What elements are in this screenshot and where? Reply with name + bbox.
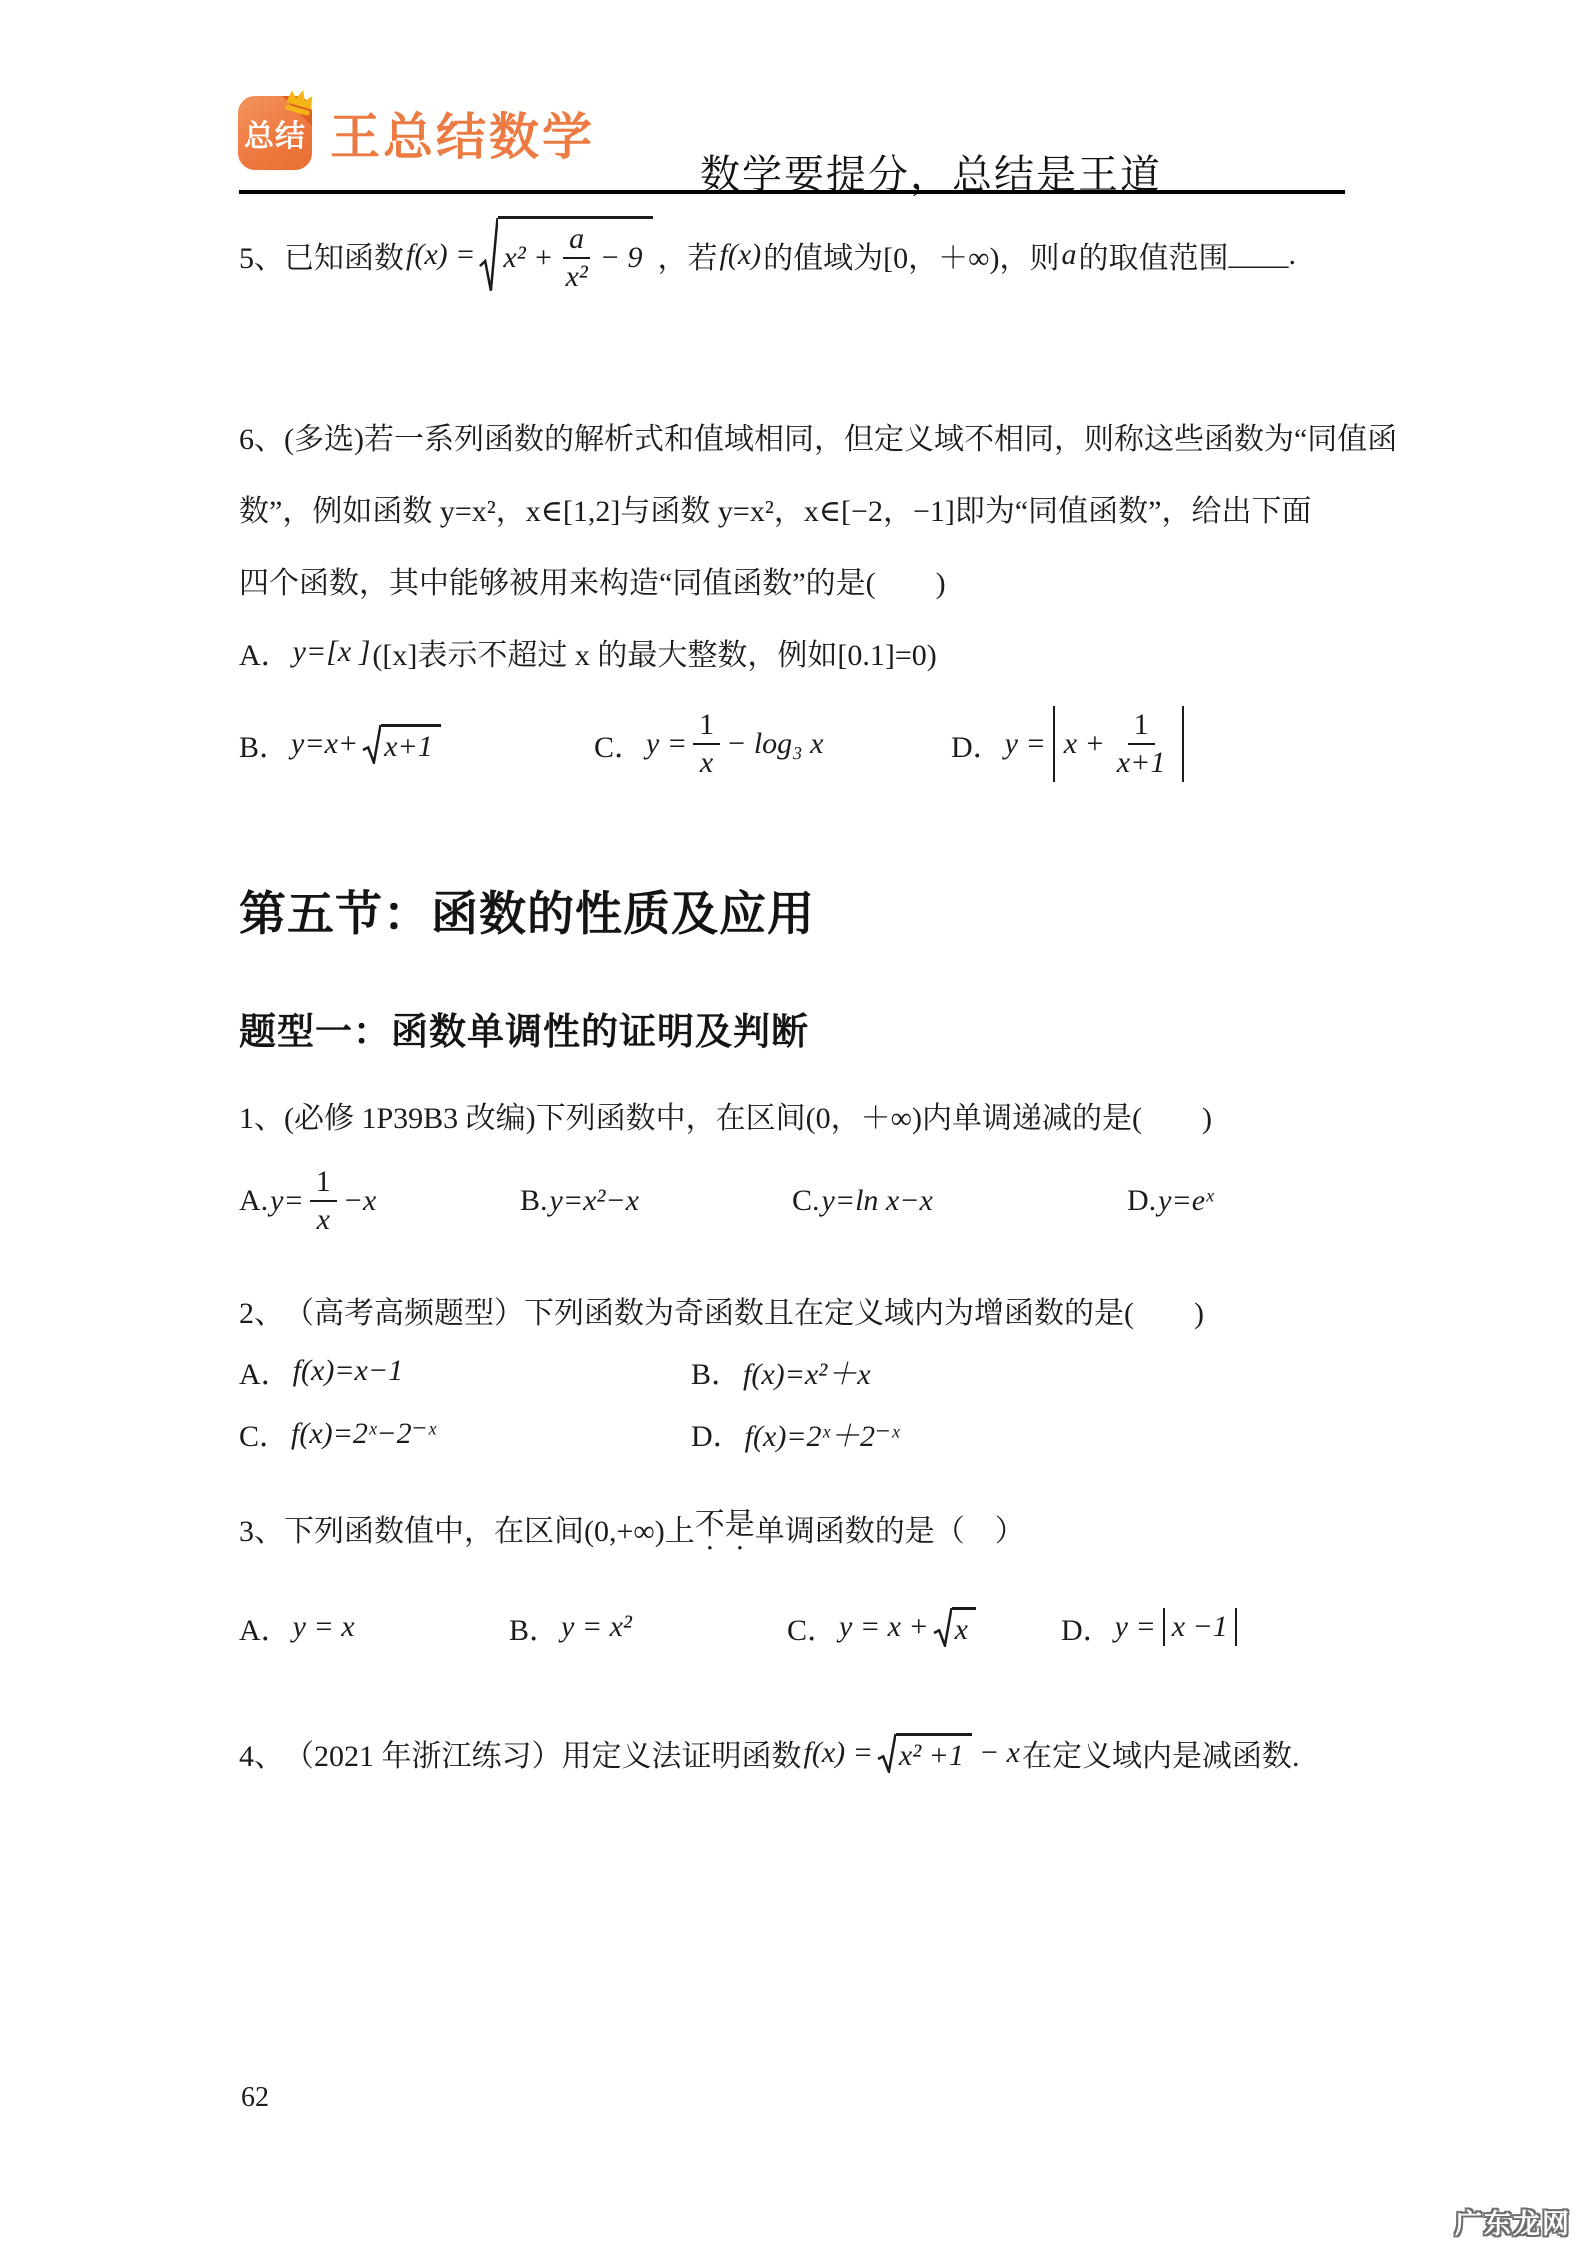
p6-option-d-inner: x + (1062, 727, 1107, 761)
p2-option-c-label: C． (239, 1411, 289, 1455)
p2-option-b-formula: f(x)=x²＋x (741, 1349, 873, 1393)
header-divider (239, 190, 1345, 194)
p3-option-d: D． y = x −1 (1061, 1582, 1242, 1672)
fraction-denominator: x+1 (1111, 745, 1172, 780)
problem-6-line3: 四个函数，其中能够被用来构造“同值函数”的是( ) (239, 544, 1454, 616)
p6-option-c-label: C． (594, 722, 644, 766)
fraction-numerator: 1 (310, 1165, 337, 1202)
p2-option-a-label: A． (239, 1349, 291, 1393)
fraction-denominator: x (694, 745, 719, 780)
p6-option-b-pre: y=x+ (289, 727, 360, 761)
worksheet-page: 总结 王总结数学 数学要提分，总结是王道 5、 已知函数 f(x) = x² +… (0, 0, 1587, 2245)
problem-3-text: 3、 下列函数值中，在区间(0,+∞)上 不是 单调函数的是（ ） (239, 1498, 1454, 1558)
p1-option-b: B. y=x²−x (520, 1145, 641, 1257)
sqrt-radical: x (933, 1607, 976, 1647)
problem-6-text3: 四个函数，其中能够被用来构造“同值函数”的是( ) (239, 558, 946, 602)
problem-3: 3、 下列函数值中，在区间(0,+∞)上 不是 单调函数的是（ ） A． y =… (239, 1498, 1454, 1672)
problem-5-intro: 已知函数 (284, 233, 404, 277)
problem-5-mid1: ，若 (658, 233, 718, 277)
logo-icon-label: 总结 (244, 111, 306, 155)
problem-2-options-row1: A． f(x)=x−1 B． f(x)=x²＋x (239, 1340, 1454, 1402)
problem-5-tail: 的取值范围 (1079, 233, 1229, 277)
problem-5-fx: f(x) = (404, 238, 477, 272)
p2-option-b: B． f(x)=x²＋x (691, 1340, 873, 1402)
problem-5-number: 5、 (239, 233, 284, 277)
p3-option-a-formula: y = x (291, 1610, 357, 1644)
p1-option-a: A. y= 1 x −x (239, 1145, 378, 1257)
sqrt-radical: x+1 (362, 724, 441, 764)
p2-option-c-formula: f(x)=2ˣ−2⁻ˣ (289, 1416, 438, 1451)
p6-option-a: A． y=[x ] ([x]表示不超过 x 的最大整数，例如[0.1]=0) (239, 616, 1454, 688)
p2-option-c: C． f(x)=2ˣ−2⁻ˣ (239, 1402, 438, 1464)
radicand-post: − 9 (598, 241, 645, 275)
p3-option-c: C． y = x + x (787, 1582, 981, 1672)
problem-3-emphasized: 不是 (695, 1499, 755, 1557)
p1-option-c: C. y=ln x−x (792, 1145, 935, 1257)
p2-option-d: D． f(x)=2ˣ＋2⁻ˣ (691, 1402, 901, 1464)
p2-option-a-formula: f(x)=x−1 (291, 1354, 405, 1388)
brand-name: 王总结数学 (330, 97, 595, 169)
problem-2-statement: （高考高频题型）下列函数为奇函数且在定义域内为增函数的是( ) (284, 1288, 1204, 1332)
p6-option-c: C． y = 1 x − log₃ x (594, 688, 825, 800)
problem-6-line1: 6、 (多选)若一系列函数的解析式和值域相同，但定义域不相同，则称这些函数为“同… (239, 400, 1454, 472)
problem-1: 1、 (必修 1P39B3 改编)下列函数中，在区间(0，＋∞)内单调递减的是(… (239, 1085, 1454, 1257)
p2-option-d-formula: f(x)=2ˣ＋2⁻ˣ (743, 1411, 902, 1455)
p2-option-d-label: D． (691, 1411, 743, 1455)
problem-1-number: 1、 (239, 1093, 284, 1137)
subsection-title: 题型一：函数单调性的证明及判断 (239, 1001, 809, 1055)
p3-option-b: B． y = x² (509, 1582, 634, 1672)
problem-1-text: 1、 (必修 1P39B3 改编)下列函数中，在区间(0，＋∞)内单调递减的是(… (239, 1085, 1454, 1145)
watermark: 广东龙网 (1455, 2202, 1571, 2241)
page-number: 62 (241, 2082, 269, 2114)
fraction-denominator: x² (559, 259, 593, 294)
radicand: x² + a x² − 9 (498, 216, 652, 293)
fraction-denominator: x (311, 1202, 336, 1237)
p2-option-a: A． f(x)=x−1 (239, 1340, 405, 1402)
radical-sign-icon (362, 724, 381, 764)
radicand: x (952, 1607, 976, 1647)
problem-6-text2: 数”，例如函数 y=x²，x∈[1,2]与函数 y=x²，x∈[−2，−1]即为… (239, 486, 1312, 530)
sqrt-radical: x² + a x² − 9 (479, 216, 652, 293)
problem-4: 4、 （2021 年浙江练习）用定义法证明函数 f(x) = x² +1 − x… (239, 1705, 1454, 1800)
p6-options-bcd: B． y=x+ x+1 C． y = 1 x − log₃ x (239, 688, 1454, 800)
problem-3-statement-pre: 下列函数值中，在区间(0,+∞)上 (284, 1506, 695, 1550)
p6-option-b-label: B． (239, 722, 289, 766)
problem-2-number: 2、 (239, 1288, 284, 1332)
problem-2-options-row2: C． f(x)=2ˣ−2⁻ˣ D． f(x)=2ˣ＋2⁻ˣ (239, 1402, 1454, 1464)
p3-option-b-label: B． (509, 1605, 559, 1649)
p6-option-c-post: − log₃ x (724, 727, 825, 761)
problem-5-var-a: a (1060, 238, 1079, 272)
fraction: 1 x (310, 1165, 337, 1236)
p1-option-b-label: B. (520, 1184, 548, 1218)
radical-sign-icon (933, 1607, 952, 1647)
fraction-numerator: a (563, 222, 590, 259)
fraction-numerator: 1 (1128, 708, 1155, 745)
problem-4-fx: f(x) = (802, 1736, 875, 1770)
radical-sign-icon (479, 216, 498, 293)
problem-4-statement-pre: （2021 年浙江练习）用定义法证明函数 (284, 1731, 802, 1775)
problem-3-options: A． y = x B． y = x² C． y = x + x D． y = (239, 1582, 1454, 1672)
fraction: a x² (559, 222, 593, 293)
radicand: x² +1 (896, 1733, 972, 1773)
p3-option-c-label: C． (787, 1605, 837, 1649)
problem-6: 6、 (多选)若一系列函数的解析式和值域相同，但定义域不相同，则称这些函数为“同… (239, 400, 1454, 800)
p3-option-a-label: A． (239, 1605, 291, 1649)
p1-option-a-post: −x (341, 1184, 379, 1218)
p2-option-b-label: B． (691, 1349, 741, 1393)
radicand: x+1 (381, 724, 441, 764)
problem-5-fx2: f(x) (718, 238, 764, 272)
p1-option-a-pre: y= (268, 1184, 306, 1218)
p6-option-d: D． y = x + 1 x+1 (951, 688, 1189, 800)
problem-5: 5、 已知函数 f(x) = x² + a x² − 9 ，若 f(x) 的值域… (239, 205, 1454, 305)
problem-6-text1: (多选)若一系列函数的解析式和值域相同，但定义域不相同，则称这些函数为“同值函 (284, 414, 1397, 458)
sqrt-radical: x² +1 (877, 1733, 972, 1773)
problem-3-number: 3、 (239, 1506, 284, 1550)
brand-logo: 总结 王总结数学 (238, 96, 595, 170)
p1-option-b-formula: y=x²−x (548, 1184, 641, 1218)
fraction: 1 x+1 (1111, 708, 1172, 779)
p6-option-a-math: y=[x ] (291, 635, 373, 669)
p3-option-a: A． y = x (239, 1582, 357, 1672)
problem-6-line2: 数”，例如函数 y=x²，x∈[1,2]与函数 y=x²，x∈[−2，−1]即为… (239, 472, 1454, 544)
p3-option-d-pre: y = (1113, 1610, 1158, 1644)
p1-option-d-formula: y=eˣ (1156, 1184, 1215, 1218)
p3-option-c-pre: y = x + (837, 1610, 931, 1644)
p3-option-d-label: D． (1061, 1605, 1113, 1649)
problem-2: 2、 （高考高频题型）下列函数为奇函数且在定义域内为增函数的是( ) A． f(… (239, 1280, 1454, 1464)
p1-option-d: D. y=eˣ (1127, 1145, 1216, 1257)
p6-option-c-pre: y = (644, 727, 689, 761)
problem-5-answer-blank: ____. (1229, 238, 1297, 272)
absolute-value-bars: x −1 (1163, 1608, 1237, 1646)
fraction: 1 x (693, 708, 720, 779)
brand-logo-icon: 总结 (238, 96, 312, 170)
p1-option-d-label: D. (1127, 1184, 1156, 1218)
absolute-value-bars: x + 1 x+1 (1053, 706, 1185, 781)
radicand-pre: x² + (501, 241, 555, 275)
p1-option-c-label: C. (792, 1184, 820, 1218)
p6-option-d-label: D． (951, 722, 1003, 766)
p6-option-a-note: ([x]表示不超过 x 的最大整数，例如[0.1]=0) (372, 630, 936, 674)
p1-option-c-formula: y=ln x−x (820, 1184, 935, 1218)
problem-6-number: 6、 (239, 414, 284, 458)
problem-4-after-sqrt: − x (977, 1736, 1022, 1770)
problem-4-number: 4、 (239, 1731, 284, 1775)
problem-1-statement: (必修 1P39B3 改编)下列函数中，在区间(0，＋∞)内单调递减的是( ) (284, 1093, 1212, 1137)
problem-1-options: A. y= 1 x −x B. y=x²−x C. y=ln x−x D. y=… (239, 1145, 1454, 1257)
p6-option-d-pre: y = (1003, 727, 1048, 761)
radical-sign-icon (877, 1733, 896, 1773)
problem-5-mid2: 的值域为[0，＋∞)，则 (763, 233, 1059, 277)
section-title: 第五节：函数的性质及应用 (239, 877, 815, 944)
p1-option-a-label: A. (239, 1184, 268, 1218)
p6-option-b: B． y=x+ x+1 (239, 688, 446, 800)
fraction-numerator: 1 (693, 708, 720, 745)
problem-2-text: 2、 （高考高频题型）下列函数为奇函数且在定义域内为增函数的是( ) (239, 1280, 1454, 1340)
problem-3-statement-post: 单调函数的是（ ） (755, 1506, 1025, 1550)
p3-option-b-formula: y = x² (559, 1610, 634, 1644)
p6-option-a-label: A． (239, 630, 291, 674)
problem-4-tail: 在定义域内是减函数. (1022, 1731, 1300, 1775)
